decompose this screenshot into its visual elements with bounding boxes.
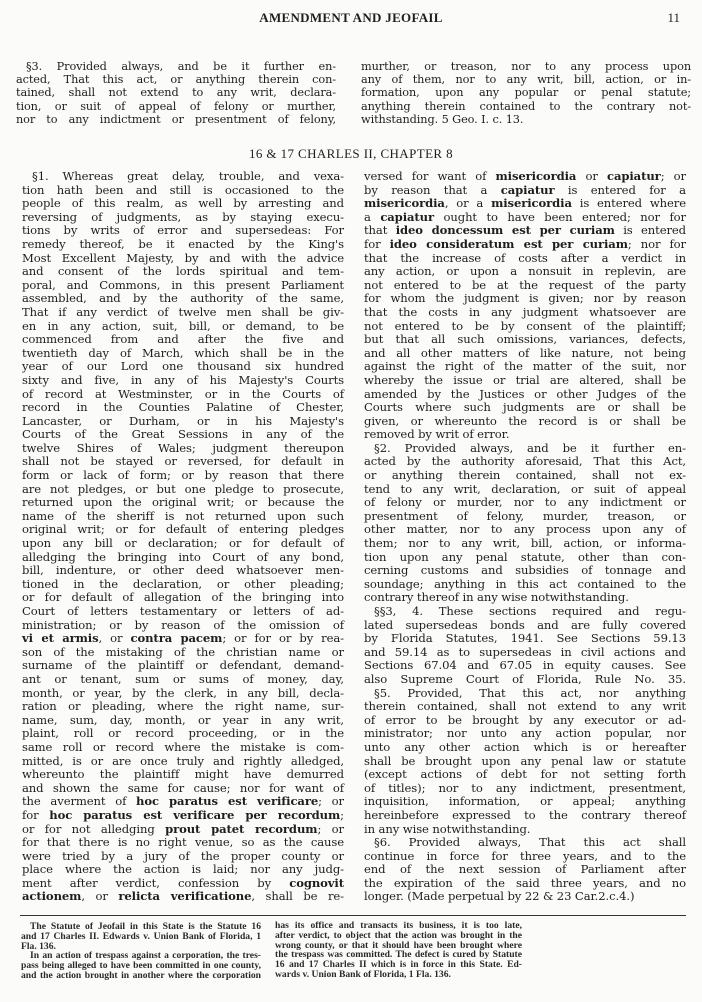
text-line: form or lack of form; or by reason that … xyxy=(22,469,344,483)
text-line: shall be brought upon any penal law or s… xyxy=(364,755,686,769)
text-line: That if any verdict of twelve men shall … xyxy=(22,306,344,320)
text-line: Lancaster, or Durham, or in his Majesty'… xyxy=(22,415,344,429)
footnote-divider xyxy=(20,915,686,916)
text-line: and all other matters of like nature, no… xyxy=(364,347,686,361)
text-line: for that there is no right venue, so as … xyxy=(22,836,344,850)
latin-term: misericordia xyxy=(495,169,576,183)
text-line: §3. Provided always, and be it further e… xyxy=(16,60,336,73)
text-line: §1. Whereas great delay, trouble, and ve… xyxy=(22,170,344,184)
text-line: and the action brought in another where … xyxy=(21,971,261,981)
text-line: that the increase of costs after a verdi… xyxy=(364,252,686,266)
text-line: removed by writ of error. xyxy=(364,428,686,442)
text-line: or for not alledging prout patet recordu… xyxy=(22,823,344,837)
text-line: for ideo consideratum est per curiam; no… xyxy=(364,238,686,252)
text-line: or for default of allegation of the brin… xyxy=(22,591,344,605)
text-line: anything therein contained to the contra… xyxy=(361,100,691,113)
text-line: actionem, or relicta verificatione, shal… xyxy=(22,890,344,904)
text-line: the expiration of the said three years, … xyxy=(364,877,686,891)
text-line: acted, That this act, or anything therei… xyxy=(16,73,336,86)
latin-term: contra pacem xyxy=(131,631,223,645)
text-line: for hoc paratus est verificare per recor… xyxy=(22,809,344,823)
text-line: any action, or upon a nonsuit in replevi… xyxy=(364,265,686,279)
text-line: sixty and five, in any of his Majesty's … xyxy=(22,374,344,388)
text-line: ministration; or by reason of the omissi… xyxy=(22,619,344,633)
latin-term: hoc paratus est verificare xyxy=(136,794,318,808)
text-line: month, or year, by the clerk, in any bil… xyxy=(22,687,344,701)
text-line: contrary thereof in any wise notwithstan… xyxy=(364,591,686,605)
text-line: upon any bill or declaration; or for def… xyxy=(22,537,344,551)
text-line: §2. Provided always, and be it further e… xyxy=(364,442,686,456)
text-line: inquisition, information, or appeal; any… xyxy=(364,795,686,809)
text-line: any of them, nor to any writ, bill, acti… xyxy=(361,73,691,86)
text-line: and 59.14 as to supersedeas in civil act… xyxy=(364,646,686,660)
text-line: Most Excellent Majesty, by and with the … xyxy=(22,252,344,266)
text-line: ministrator; nor unto any action popular… xyxy=(364,727,686,741)
text-line: a capiatur ought to have been entered; n… xyxy=(364,211,686,225)
text-line: and consent of the lords spiritual and t… xyxy=(22,265,344,279)
text-line: returned upon the original writ; or beca… xyxy=(22,496,344,510)
text-line: mitted, is or are once truly and rightly… xyxy=(22,755,344,769)
text-line: §§3, 4. These sections required and regu… xyxy=(364,605,686,619)
text-line: by reason that a capiatur is entered for… xyxy=(364,184,686,198)
text-line: whereunto the plaintiff might have demur… xyxy=(22,768,344,782)
text-line: of record at Westminster, or in the Cour… xyxy=(22,388,344,402)
text-line: amended by the Justices or other Judges … xyxy=(364,388,686,402)
text-line: given, or whereunto the record is or sha… xyxy=(364,415,686,429)
latin-term: vi et armis xyxy=(22,631,99,645)
text-line: nor to any indictment or presentment of … xyxy=(16,113,336,126)
text-line: not entered to be at the request of the … xyxy=(364,279,686,293)
text-line: cerning customs and subsidies of tonnage… xyxy=(364,564,686,578)
latin-term: cognovit xyxy=(289,876,344,890)
text-line: end of the next session of Parliament af… xyxy=(364,863,686,877)
text-line: the averment of hoc paratus est verifica… xyxy=(22,795,344,809)
text-line: hereinbefore expressed to the contrary t… xyxy=(364,809,686,823)
latin-term: ideo consideratum est per curiam xyxy=(390,237,628,251)
text-line: original writ; or for default of enterin… xyxy=(22,523,344,537)
latin-term: relicta verificatione xyxy=(118,889,251,903)
text-line: poral, and Commons, in this present Parl… xyxy=(22,279,344,293)
latin-term: prout patet recordum xyxy=(165,822,317,836)
text-line: (except actions of debt for not setting … xyxy=(364,768,686,782)
text-line: Sections 67.04 and 67.05 in equity cause… xyxy=(364,659,686,673)
text-line: of error to be brought by any executor o… xyxy=(364,714,686,728)
latin-term: misericordia xyxy=(491,196,572,210)
text-line: of titles); nor to any indictment, prese… xyxy=(364,782,686,796)
text-line: tioned in the declaration, or other plea… xyxy=(22,578,344,592)
text-line: name of the sheriff is not returned upon… xyxy=(22,510,344,524)
text-line: vi et armis, or contra pacem; or for or … xyxy=(22,632,344,646)
text-line: and shown the same for cause; nor for wa… xyxy=(22,782,344,796)
text-line: and 17 Charles II. Edwards v. Union Bank… xyxy=(21,932,261,942)
text-line: same roll or record where the mistake is… xyxy=(22,741,344,755)
text-line: presentment of felony, murder, treason, … xyxy=(364,510,686,524)
text-line: bill, indenture, or other deed whatsoeve… xyxy=(22,564,344,578)
page-header: AMENDMENT AND JEOFAIL 11 xyxy=(0,6,702,26)
text-line: Courts where such judgments are or shall… xyxy=(364,401,686,415)
text-line: §5. Provided, That this act, nor anythin… xyxy=(364,687,686,701)
text-line: ment after verdict, confession by cognov… xyxy=(22,877,344,891)
text-line: other matter, nor to any process upon an… xyxy=(364,523,686,537)
text-line: lated supersedeas bonds and are fully co… xyxy=(364,619,686,633)
text-line: tion upon any penal statute, other than … xyxy=(364,551,686,565)
text-line: ration or pleading, where the right name… xyxy=(22,700,344,714)
latin-term: ideo doncessum est per curiam xyxy=(396,223,615,237)
footnote-left-column: The Statute of Jeofail in this State is … xyxy=(21,922,261,981)
text-line: people of this realm, as well by arresti… xyxy=(22,197,344,211)
text-line: were tried by a jury of the proper count… xyxy=(22,850,344,864)
text-line: that ideo doncessum est per curiam is en… xyxy=(364,224,686,238)
latin-term: hoc paratus est verificare per recordum xyxy=(49,808,340,822)
text-line: remedy thereof, be it enacted by the Kin… xyxy=(22,238,344,252)
footnote-right-column: has its office and transacts its busines… xyxy=(275,921,522,980)
text-line: surname of the plaintiff or defendant, d… xyxy=(22,659,344,673)
text-line: Courts of the Great Sessions in any of t… xyxy=(22,428,344,442)
text-line: wards v. Union Bank of Florida, 1 Fla. 1… xyxy=(275,970,522,980)
text-line: but that all such omissions, variances, … xyxy=(364,333,686,347)
text-line: twentieth day of March, which shall be i… xyxy=(22,347,344,361)
text-line: formation, upon any popular or penal sta… xyxy=(361,86,691,99)
text-line: withstanding. 5 Geo. I. c. 13. xyxy=(361,113,691,126)
text-line: that the costs in any judgment whatsoeve… xyxy=(364,306,686,320)
text-line: plaint, roll or record proceeding, or in… xyxy=(22,727,344,741)
text-line: ant or tenant, sum or sums of money, day… xyxy=(22,673,344,687)
text-line: name, sum, day, month, or year in any wr… xyxy=(22,714,344,728)
preceding-section-left-column: §3. Provided always, and be it further e… xyxy=(16,60,336,126)
text-line: tion hath been and still is occasioned t… xyxy=(22,184,344,198)
text-line: reversing of judgments, as by staying ex… xyxy=(22,211,344,225)
text-line: tion, or suit of appeal of felony or mur… xyxy=(16,100,336,113)
text-line: tained, shall not extend to any writ, de… xyxy=(16,86,336,99)
text-line: Court of letters testamentary or letters… xyxy=(22,605,344,619)
text-line: in any wise notwithstanding. xyxy=(364,823,686,837)
text-line: are not pledges, or but one pledge to pr… xyxy=(22,483,344,497)
text-line: longer. (Made perpetual by 22 & 23 Car.2… xyxy=(364,890,686,904)
text-line: by Florida Statutes, 1941. See Sections … xyxy=(364,632,686,646)
text-line: continue in force for three years, and t… xyxy=(364,850,686,864)
text-line: misericordia, or a misericordia is enter… xyxy=(364,197,686,211)
latin-term: misericordia xyxy=(364,196,445,210)
text-line: for whom the judgment is given; nor by r… xyxy=(364,292,686,306)
text-line: son of the mistaking of the christian na… xyxy=(22,646,344,660)
main-right-column: versed for want of misericordia or capia… xyxy=(364,170,686,904)
text-line: versed for want of misericordia or capia… xyxy=(364,170,686,184)
text-line: of felony or murder, nor to any indictme… xyxy=(364,496,686,510)
latin-term: actionem xyxy=(22,889,81,903)
text-line: or anything therein contained, shall not… xyxy=(364,469,686,483)
text-line: unto any other action which is or hereaf… xyxy=(364,741,686,755)
text-line: acted by the authority aforesaid, That t… xyxy=(364,455,686,469)
text-line: tions by writs of error and supersedeas:… xyxy=(22,224,344,238)
text-line: them; nor to any writ, bill, action, or … xyxy=(364,537,686,551)
main-left-column: §1. Whereas great delay, trouble, and ve… xyxy=(22,170,344,904)
text-line: whereby the issue or trial are altered, … xyxy=(364,374,686,388)
text-line: soundage; anything in this act contained… xyxy=(364,578,686,592)
text-line: commenced from and after the five and xyxy=(22,333,344,347)
text-line: year of our Lord one thousand six hundre… xyxy=(22,360,344,374)
page-number: 11 xyxy=(667,10,680,26)
latin-term: capiatur xyxy=(607,169,661,183)
text-line: record in the Counties Palatine of Chest… xyxy=(22,401,344,415)
text-line: also Supreme Court of Florida, Rule No. … xyxy=(364,673,686,687)
latin-term: capiatur xyxy=(380,210,434,224)
text-line: en in any action, suit, bill, or demand,… xyxy=(22,320,344,334)
text-line: murther, or treason, nor to any process … xyxy=(361,60,691,73)
text-line: against the right of the matter of the s… xyxy=(364,360,686,374)
text-line: not entered to be by consent of the plai… xyxy=(364,320,686,334)
text-line: assembled, and by the authority of the s… xyxy=(22,292,344,306)
running-head: AMENDMENT AND JEOFAIL xyxy=(0,10,702,26)
text-line: alledging the bringing into Court of any… xyxy=(22,551,344,565)
text-line: twelve Shires of Wales; judgment thereup… xyxy=(22,442,344,456)
text-line: tend to any writ, declaration, or suit o… xyxy=(364,483,686,497)
text-line: shall not be stayed or reversed, for def… xyxy=(22,455,344,469)
latin-term: capiatur xyxy=(501,183,555,197)
text-line: therein contained, shall not extend to a… xyxy=(364,700,686,714)
chapter-heading: 16 & 17 CHARLES II, CHAPTER 8 xyxy=(0,146,702,162)
text-line: place where the action is laid; nor any … xyxy=(22,863,344,877)
preceding-section-right-column: murther, or treason, nor to any process … xyxy=(361,60,691,126)
text-line: §6. Provided always, That this act shall xyxy=(364,836,686,850)
